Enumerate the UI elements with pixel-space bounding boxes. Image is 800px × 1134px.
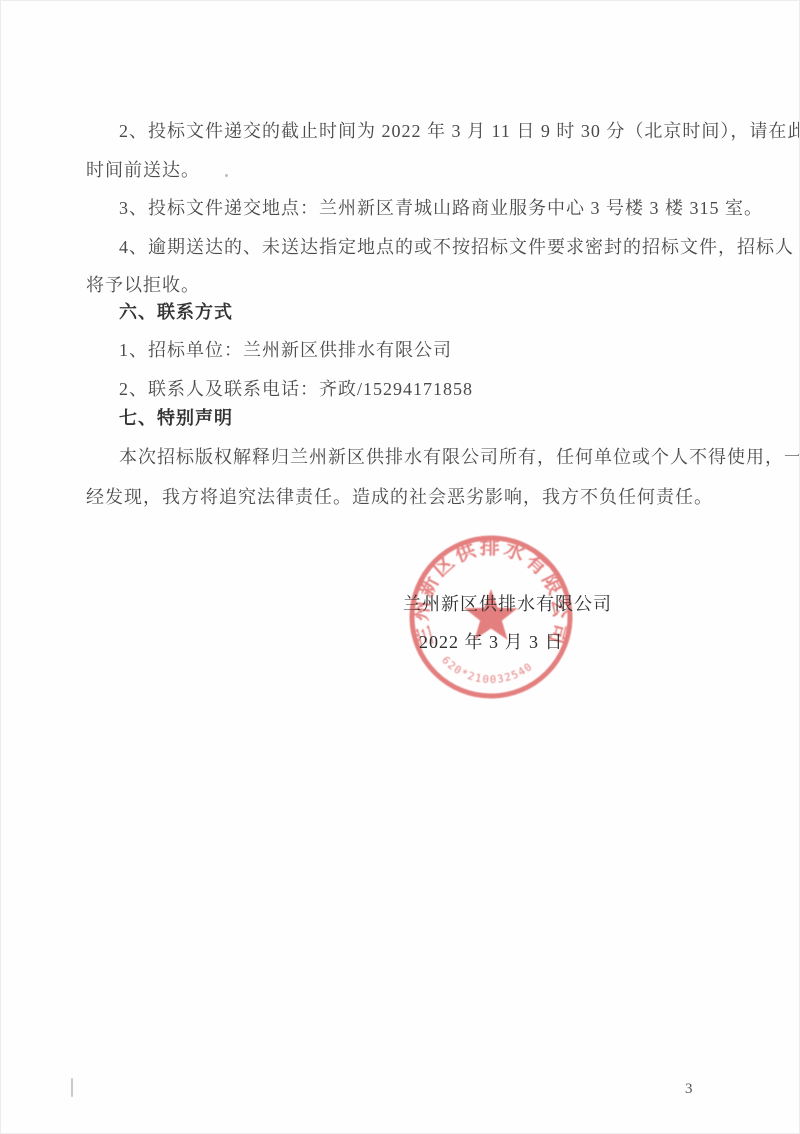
- paragraph-line: 2、联系人及联系电话：齐政/15294171858: [119, 379, 473, 399]
- section-heading-contact: 六、联系方式: [119, 302, 233, 322]
- official-seal: 兰州新区供排水有限公司 620*210032540: [405, 531, 577, 703]
- scan-artifact-line: [71, 1078, 73, 1097]
- paragraph-line: 时间前送达。: [86, 160, 200, 180]
- signature-company: 兰州新区供排水有限公司: [403, 594, 612, 614]
- page-number: 3: [685, 1081, 693, 1098]
- paragraph-line: 4、逾期送达的、未送达指定地点的或不按招标文件要求密封的招标文件，招标人: [119, 237, 794, 257]
- seal-code-text: 620*210032540: [439, 654, 535, 686]
- paragraph-line: 3、投标文件递交地点：兰州新区青城山路商业服务中心 3 号楼 3 楼 315 室…: [119, 198, 763, 218]
- paragraph-line: 1、招标单位：兰州新区供排水有限公司: [119, 340, 452, 360]
- paragraph-line: 本次招标版权解释归兰州新区供排水有限公司所有，任何单位或个人不得使用，一: [119, 447, 800, 467]
- paragraph-line: 将予以拒收。: [86, 275, 200, 295]
- svg-text:620*210032540: 620*210032540: [439, 654, 535, 686]
- document-page: 2、投标文件递交的截止时间为 2022 年 3 月 11 日 9 时 30 分（…: [0, 0, 800, 1134]
- paragraph-line: 经发现，我方将追究法律责任。造成的社会恶劣影响，我方不负任何责任。: [86, 487, 713, 507]
- scan-speck: [225, 174, 228, 177]
- section-heading-statement: 七、特别声明: [119, 408, 233, 428]
- paragraph-line: 2、投标文件递交的截止时间为 2022 年 3 月 11 日 9 时 30 分（…: [119, 121, 800, 141]
- signature-date: 2022 年 3 月 3 日: [419, 632, 564, 652]
